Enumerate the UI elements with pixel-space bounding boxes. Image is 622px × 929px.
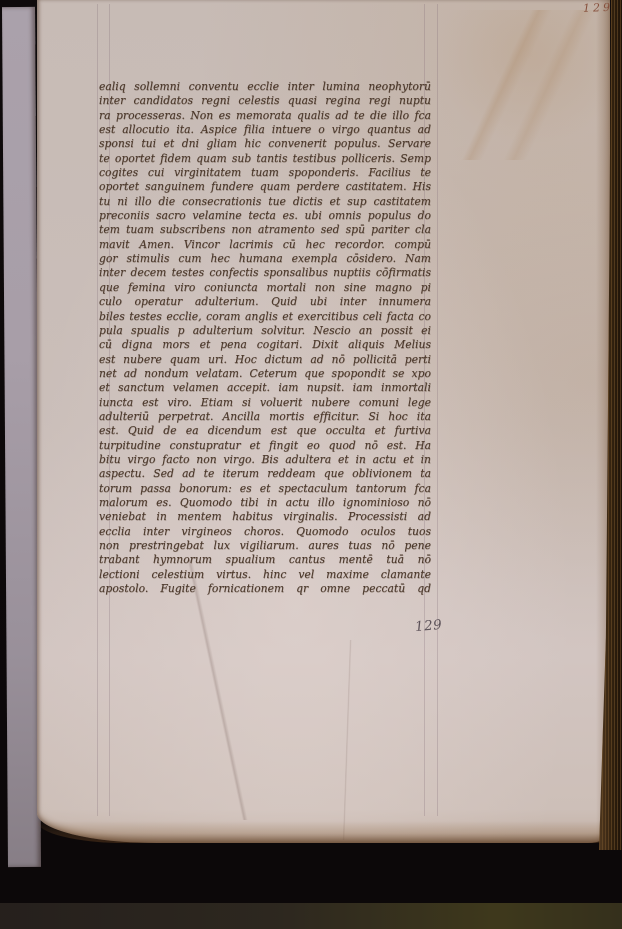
text-line: ra processeras. Non es memorata qualis a… xyxy=(99,109,431,123)
text-line: adulteriū perpetrat. Ancilla mortis effi… xyxy=(99,410,431,424)
ruling-line-right-outer xyxy=(437,4,438,816)
text-line: inter candidatos regni celestis quasi re… xyxy=(99,94,431,108)
book-cover-edge xyxy=(0,903,622,929)
text-line: est nubere quam uri. Hoc dictum ad nō po… xyxy=(99,353,431,367)
text-line: cū digna mors et pena cogitari. Dixit al… xyxy=(99,338,431,352)
text-line: trabant hymnorum spualium cantus mentē t… xyxy=(99,553,431,567)
text-line: non prestringebat lux vigiliarum. aures … xyxy=(99,539,431,553)
text-line: et sanctum velamen accepit. iam nupsit. … xyxy=(99,381,431,395)
text-line: ecclia inter virgineos choros. Quomodo o… xyxy=(99,525,431,539)
text-line: culo operatur adulterium. Quid ubi inter… xyxy=(99,295,431,309)
text-block: ealiq sollemni conventu ecclie inter lum… xyxy=(99,80,431,596)
text-line: malorum es. Quomodo tibi in actu illo ig… xyxy=(99,496,431,510)
manuscript-photo: 129 ealiq sollemni conventu ecclie inter… xyxy=(0,0,622,929)
folio-number-pencil: 129 xyxy=(414,617,443,635)
ruling-line-left-outer xyxy=(97,4,98,816)
text-line: iuncta est viro. Etiam si voluerit nuber… xyxy=(99,396,431,410)
text-line: ealiq sollemni conventu ecclie inter lum… xyxy=(99,80,431,94)
text-line: aspectu. Sed ad te iterum reddeam que ob… xyxy=(99,467,431,481)
text-line: preconiis sacro velamine tecta es. ubi o… xyxy=(99,209,431,223)
text-line: gor stimulis cum hec humana exempla cōsi… xyxy=(99,252,431,266)
gutter-page-edge xyxy=(2,7,41,867)
text-line: tem tuam subscribens non atramento sed s… xyxy=(99,223,431,237)
text-line: lectioni celestium virtus. hinc vel maxi… xyxy=(99,568,431,582)
text-line: que femina viro coniuncta mortali non si… xyxy=(99,281,431,295)
text-line: torum passa bonorum: es et spectaculum t… xyxy=(99,482,431,496)
text-line: net ad nondum velatam. Ceterum que spopo… xyxy=(99,367,431,381)
text-line: sponsi tui et dni gliam hic convenerit p… xyxy=(99,137,431,151)
text-line: turpitudine constupratur et fingit eo qu… xyxy=(99,439,431,453)
text-line: est. Quid de ea dicendum est que occulta… xyxy=(99,424,431,438)
text-line: biles testes ecclie, coram anglis et exe… xyxy=(99,310,431,324)
text-line: tu ni illo die consecrationis tue dictis… xyxy=(99,195,431,209)
text-line: oportet sanguinem fundere quam perdere c… xyxy=(99,180,431,194)
parchment-stain xyxy=(417,10,607,160)
text-line: mavit Amen. Vincor lacrimis cū hec recor… xyxy=(99,238,431,252)
text-line: inter decem testes confectis sponsalibus… xyxy=(99,266,431,280)
text-line: apostolo. Fugite fornicationem qr omne p… xyxy=(99,582,431,596)
parchment-crease xyxy=(287,640,407,840)
text-line: cogites cui virginitatem tuam spoponderi… xyxy=(99,166,431,180)
text-line: est allocutio ita. Aspice filia intuere … xyxy=(99,123,431,137)
text-line: veniebat in mentem habitus virginalis. P… xyxy=(99,510,431,524)
text-line: bitu virgo facto non virgo. Bis adultera… xyxy=(99,453,431,467)
text-line: pula spualis p adulterium solvitur. Nesc… xyxy=(99,324,431,338)
text-line: te oportet fidem quam sub tantis testibu… xyxy=(99,152,431,166)
parchment-page: 129 ealiq sollemni conventu ecclie inter… xyxy=(37,0,610,843)
